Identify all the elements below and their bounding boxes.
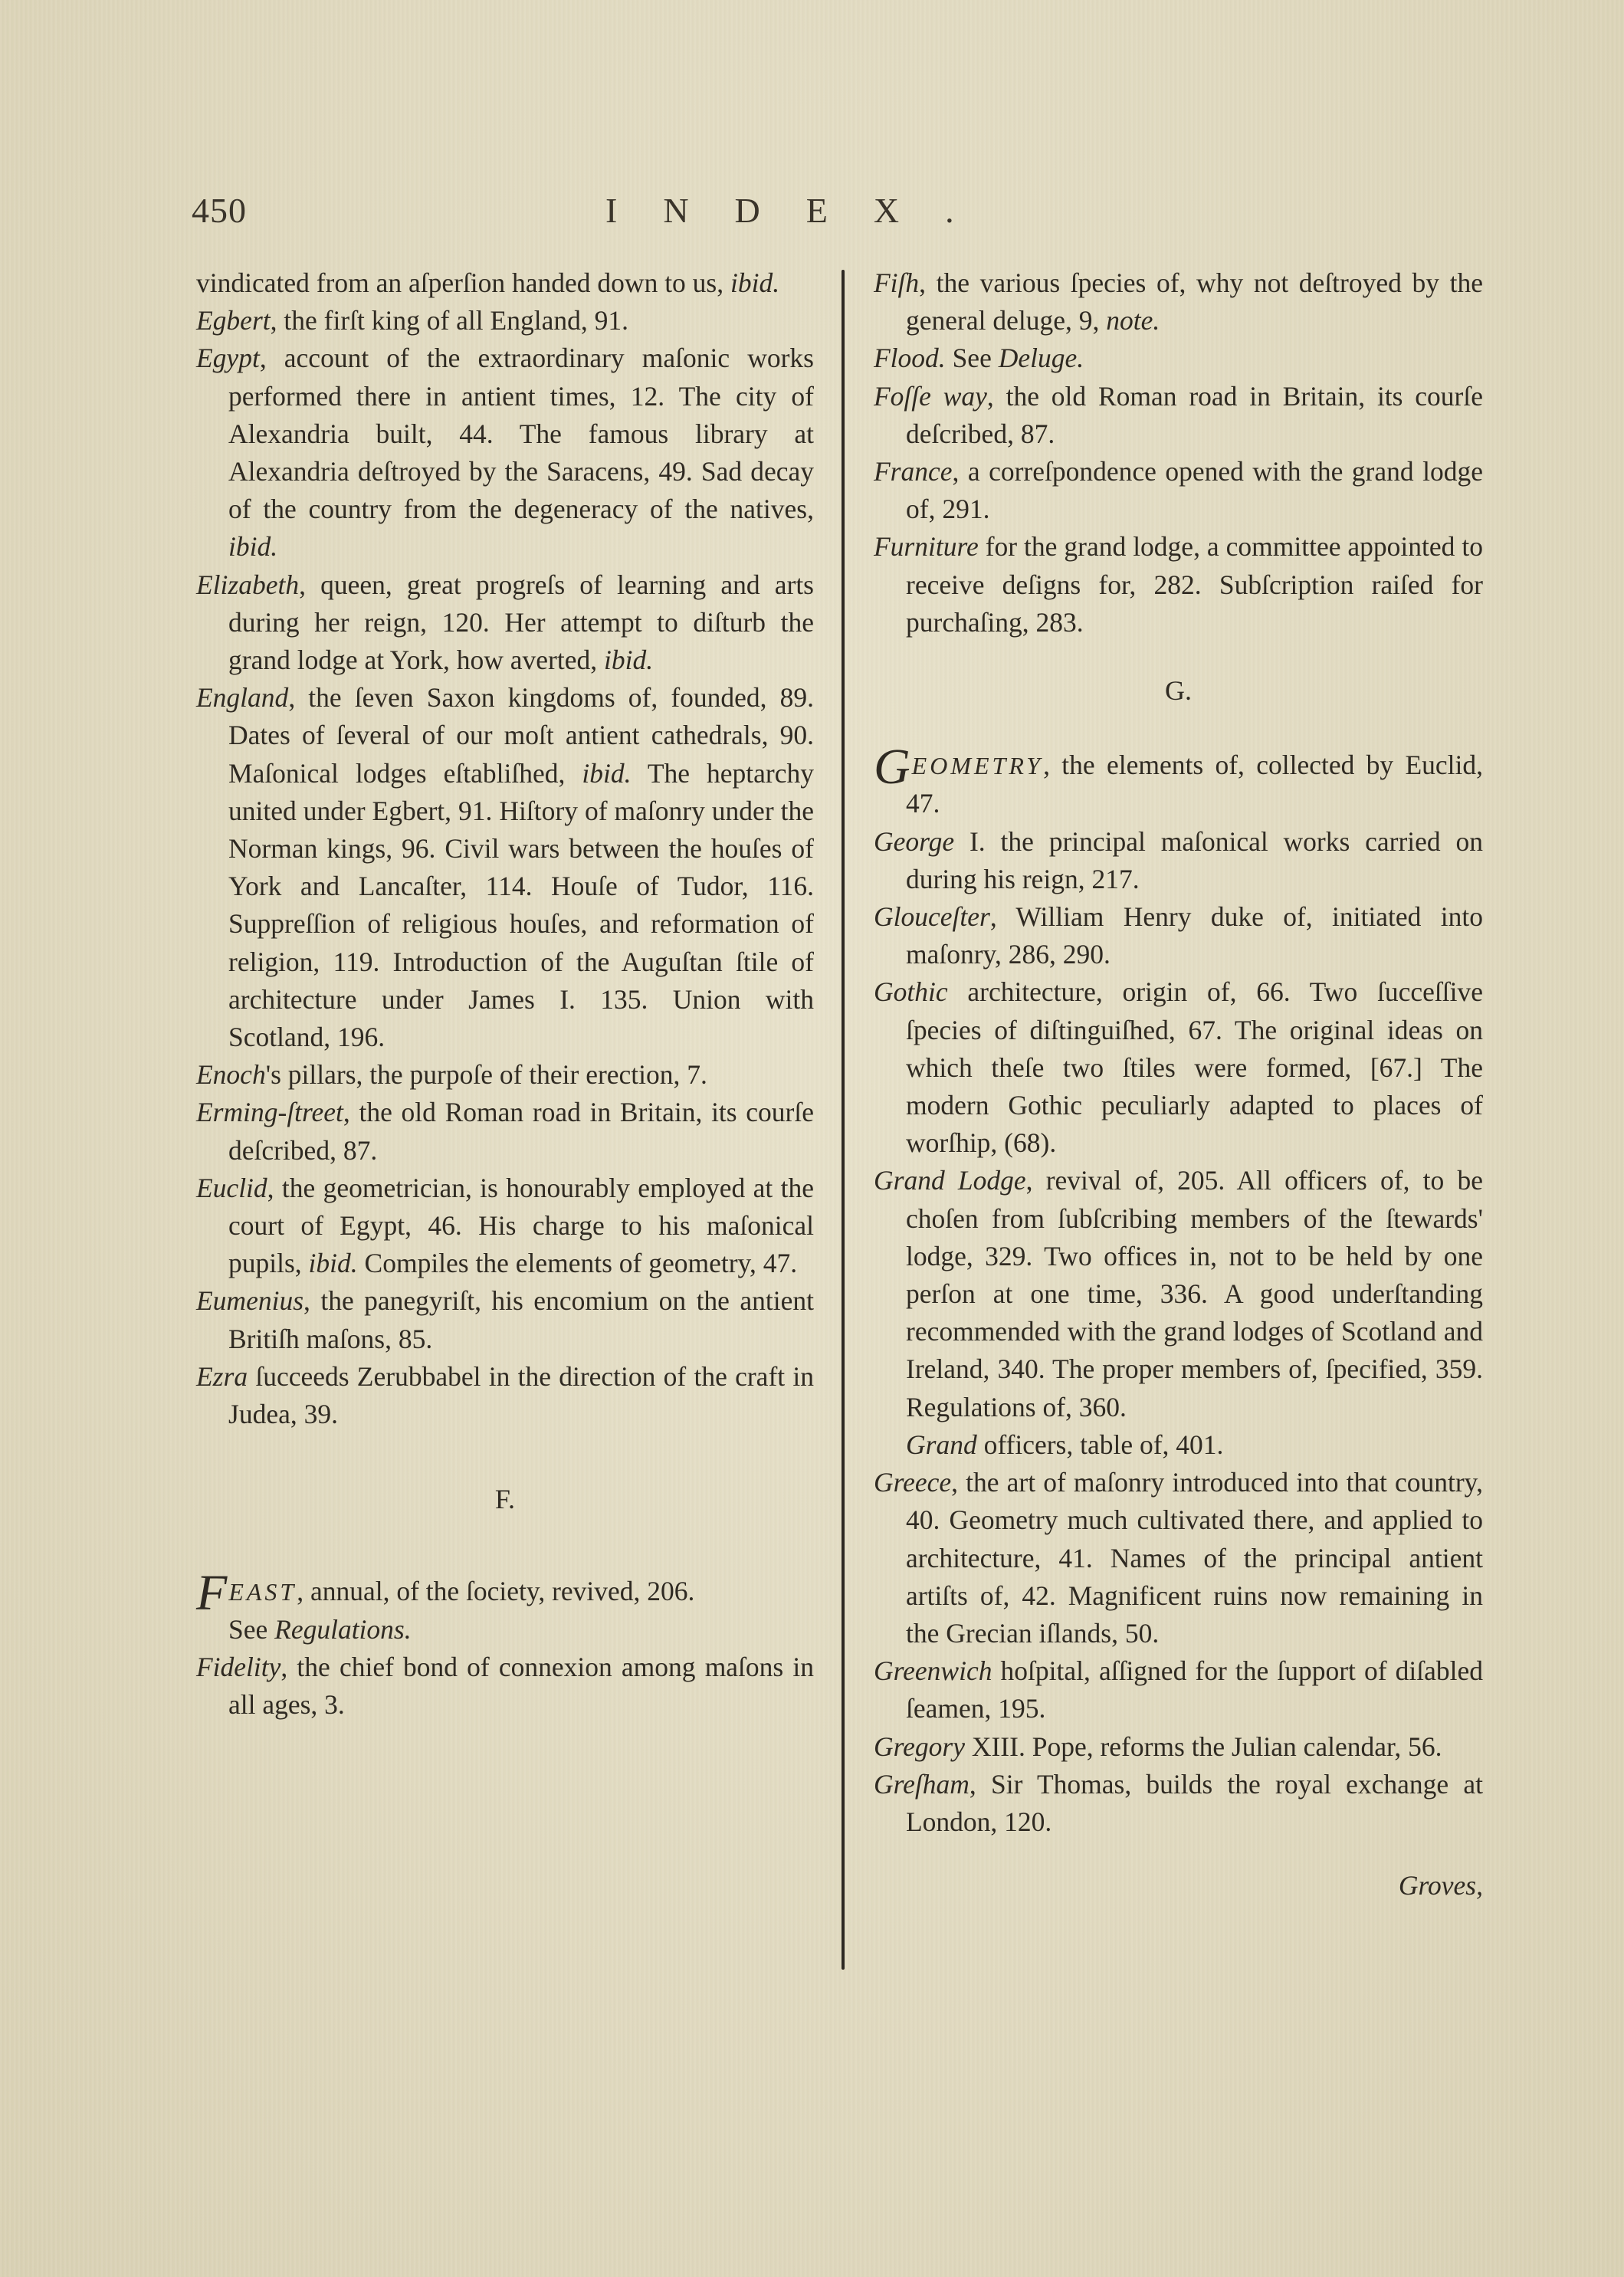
index-entry-elizabeth: Elizabeth, queen, great progreſs of lear… — [196, 566, 814, 680]
index-entry-furniture: Furniture for the grand lodge, a committ… — [874, 528, 1483, 641]
section-letter-f: F. — [196, 1481, 814, 1518]
index-entry-france: France, a correſpondence opened with the… — [874, 453, 1483, 528]
drop-cap-f: F — [196, 1565, 227, 1621]
index-entry-eumenius: Eumenius, the panegyriſt, his encomium o… — [196, 1282, 814, 1357]
index-entry-continuation: vindicated from an aſperſion handed down… — [196, 264, 814, 302]
book-page: 450 INDEX. vindicated from an aſperſion … — [0, 0, 1624, 2277]
index-entry-fidelity: Fidelity, the chief bond of connexion am… — [196, 1649, 814, 1724]
index-entry-greece: Greece, the art of maſonry introduced in… — [874, 1464, 1483, 1652]
right-column: Fiſh, the various ſpecies of, why not de… — [874, 264, 1483, 1932]
drop-cap-g: G — [874, 739, 910, 795]
index-entry-erming-street: Erming-ſtreet, the old Roman road in Bri… — [196, 1094, 814, 1169]
index-entry-gloucester: Glouceſter, William Henry duke of, initi… — [874, 898, 1483, 973]
index-entry-george: George I. the principal maſonical works … — [874, 823, 1483, 898]
index-entry-gothic: Gothic architecture, origin of, 66. Two … — [874, 973, 1483, 1162]
index-entry-enoch: Enoch's pillars, the purpoſe of their er… — [196, 1056, 814, 1094]
index-entry-fish: Fiſh, the various ſpecies of, why not de… — [874, 264, 1483, 340]
page-number: 450 — [192, 190, 247, 231]
section-letter-g: G. — [874, 672, 1483, 710]
catchword: Groves, — [874, 1867, 1483, 1905]
running-head: 450 INDEX. — [192, 190, 1487, 244]
index-entry-geometry: GEOMETRY, the elements of, collected by … — [874, 746, 1483, 822]
index-entry-egbert: Egbert, the firſt king of all England, 9… — [196, 302, 814, 340]
index-entry-gresham: Greſham, Sir Thomas, builds the royal ex… — [874, 1766, 1483, 1841]
index-entry-gregory: Gregory XIII. Pope, reforms the Julian c… — [874, 1728, 1483, 1766]
index-subentry-grand-officers: Grand officers, table of, 401. — [874, 1426, 1483, 1464]
index-entry-egypt: Egypt, account of the extraordinary maſo… — [196, 340, 814, 566]
page-title: INDEX. — [605, 190, 1000, 231]
index-entry-england: England, the ſeven Saxon kingdoms of, fo… — [196, 679, 814, 1056]
index-entry-flood: Flood. See Deluge. — [874, 340, 1483, 377]
index-entry-feast: FEAST, annual, of the ſociety, revived, … — [196, 1573, 814, 1649]
index-entry-greenwich: Greenwich hoſpital, aſſigned for the ſup… — [874, 1652, 1483, 1727]
index-entry-euclid: Euclid, the geometrician, is honourably … — [196, 1170, 814, 1283]
column-divider — [842, 270, 845, 1970]
left-column: vindicated from an aſperſion handed down… — [196, 264, 814, 1724]
index-entry-grand-lodge: Grand Lodge, revival of, 205. All office… — [874, 1162, 1483, 1426]
index-entry-ezra: Ezra ſucceeds Zerubbabel in the directio… — [196, 1358, 814, 1433]
index-entry-fosse-way: Foſſe way, the old Roman road in Britain… — [874, 378, 1483, 453]
